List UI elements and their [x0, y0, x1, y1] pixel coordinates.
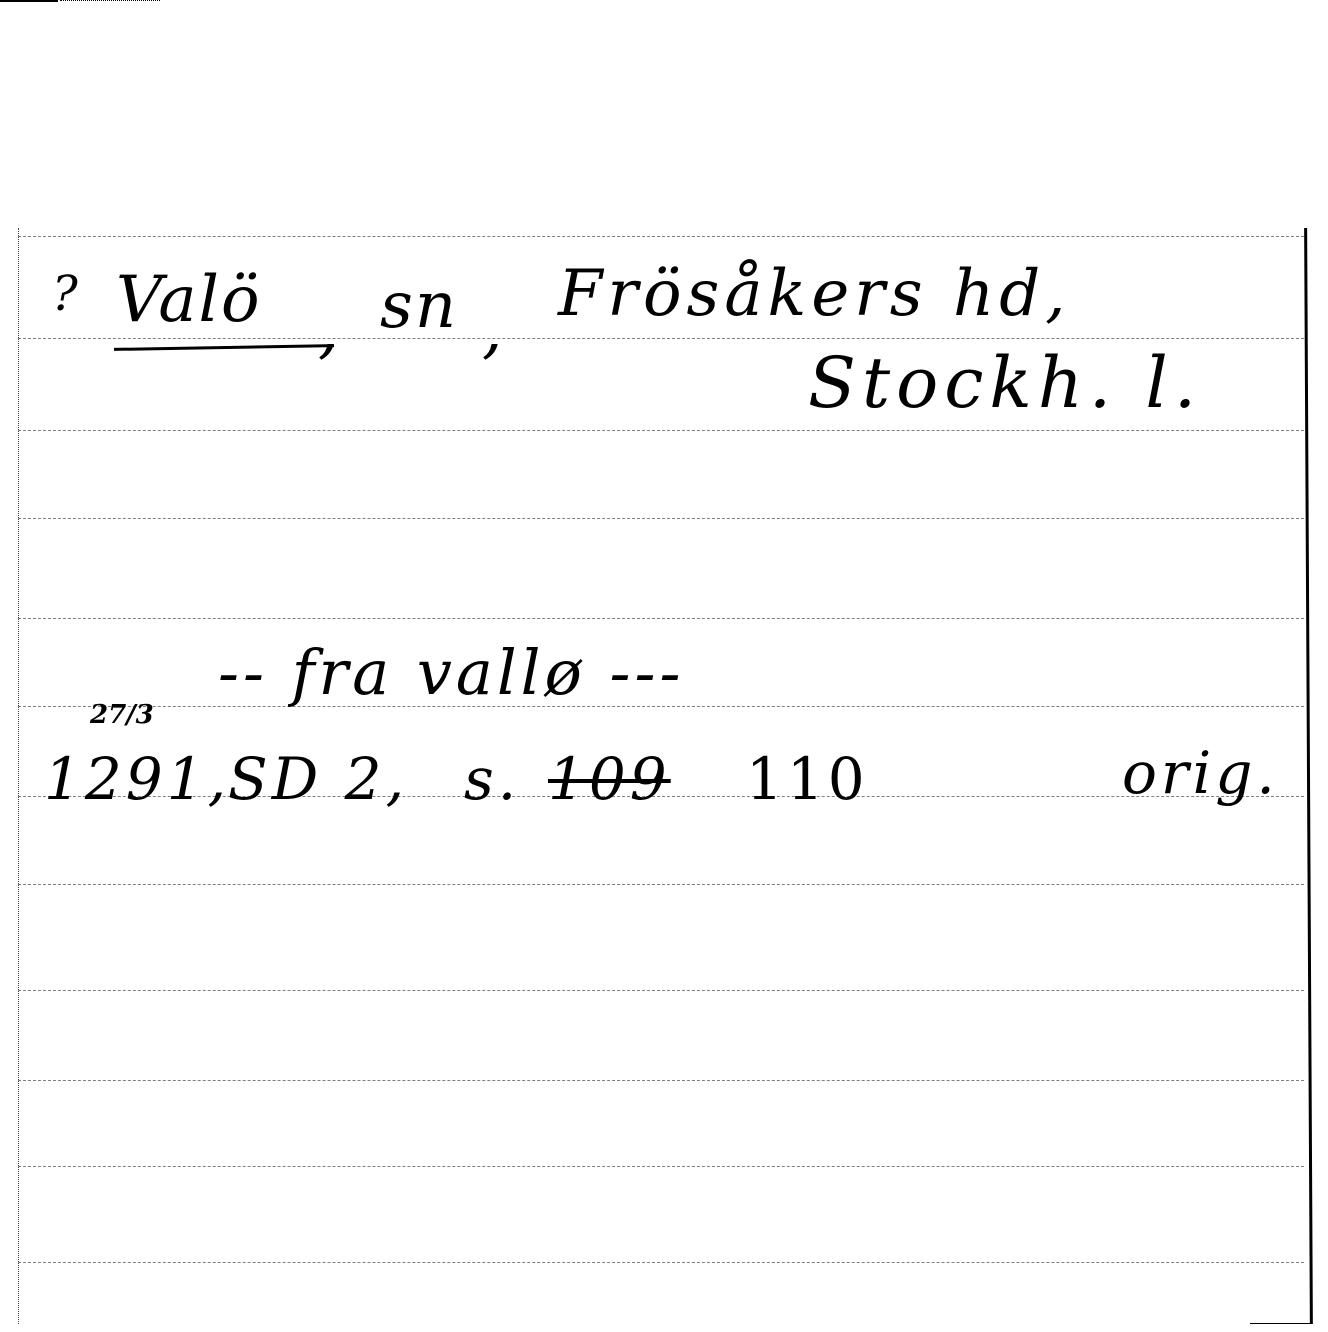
ruled-line — [18, 618, 1304, 619]
place-name: Valö — [116, 268, 262, 332]
ruled-line — [18, 1166, 1304, 1167]
scan-top-dots — [60, 0, 160, 2]
ruled-line — [18, 430, 1304, 431]
card-right-edge — [1304, 228, 1313, 1324]
reference-year: 1291, — [44, 750, 230, 808]
ruled-line — [18, 518, 1304, 519]
ruled-line — [18, 236, 1304, 237]
quote-text: -- fra vallø --- — [218, 642, 684, 704]
ruled-line — [18, 990, 1304, 991]
comma: , — [482, 298, 504, 362]
page-struck-number: 109 — [548, 750, 671, 808]
card-left-edge — [18, 228, 20, 1324]
ruled-line — [18, 1080, 1304, 1081]
reference-source: SD 2, — [228, 750, 408, 808]
county: Stockh. l. — [808, 348, 1202, 418]
district: Frösåkers hd, — [558, 262, 1071, 326]
ruled-line — [18, 884, 1304, 885]
type-abbrev: sn — [380, 274, 458, 338]
ruled-line — [18, 338, 1304, 339]
card-bottom-edge — [1250, 1323, 1310, 1324]
ruled-line — [18, 1262, 1304, 1263]
scan-top-mark — [0, 0, 58, 2]
index-card: ? Valö , sn , Frösåkers hd, Stockh. l. -… — [18, 228, 1310, 1324]
page-corrected-number: 110 — [746, 750, 869, 808]
status-note: orig. — [1122, 744, 1279, 802]
comma: , — [318, 298, 340, 362]
place-name-underline — [114, 344, 334, 351]
question-mark: ? — [52, 270, 80, 318]
page-prefix: s. — [464, 750, 520, 808]
date-note: 27/3 — [90, 702, 154, 728]
